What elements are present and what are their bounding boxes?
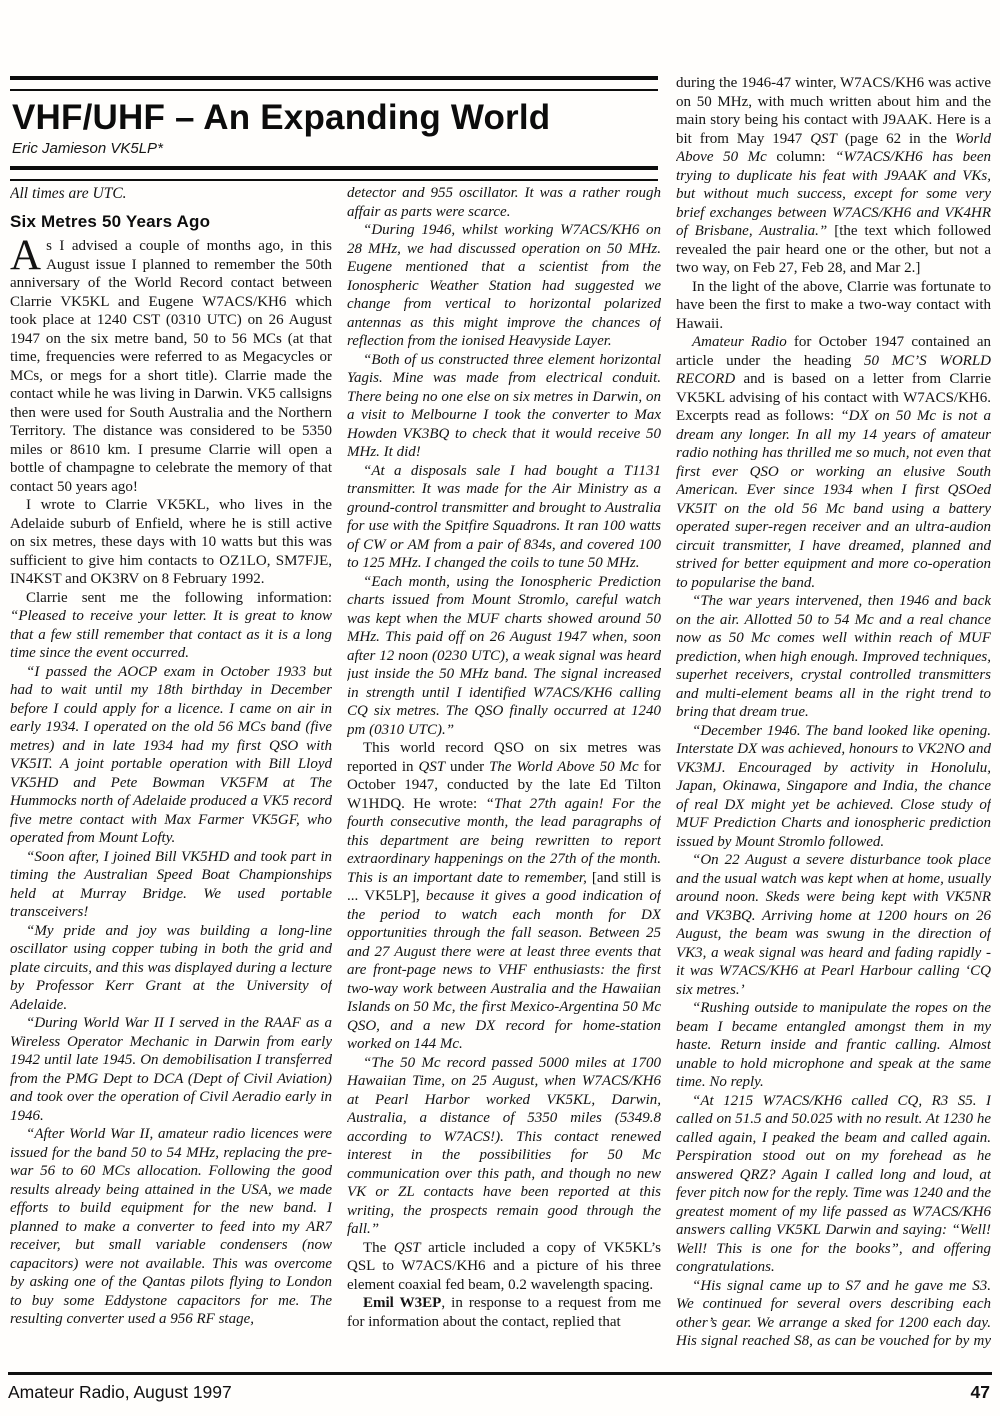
paragraph: “The war years intervened, then 1946 and… (676, 592, 991, 722)
paragraph: “During 1946, whilst working W7ACS/KH6 o… (347, 221, 661, 351)
paragraph: “Each month, using the Ionospheric Predi… (347, 573, 661, 740)
paragraph: during the 1946-47 winter, W7ACS/KH6 was… (676, 74, 991, 278)
column-2: detector and 955 oscillator. It was a ra… (347, 184, 661, 1348)
paragraph: “His signal came up to S7 and he gave me… (676, 1277, 991, 1355)
paragraph: “Both of us constructed three element ho… (347, 351, 661, 462)
magazine-page: VHF/UHF – An Expanding World Eric Jamies… (0, 0, 1000, 1416)
paragraph: detector and 955 oscillator. It was a ra… (347, 184, 661, 221)
paragraph: “My pride and joy was building a long-li… (10, 922, 332, 1015)
article-byline: Eric Jamieson VK5LP* (12, 140, 658, 157)
paragraph: “I passed the AOCP exam in October 1933 … (10, 663, 332, 848)
times-note: All times are UTC. (10, 184, 332, 203)
page-footer: Amateur Radio, August 1997 47 (8, 1382, 990, 1403)
paragraph: “At 1215 W7ACS/KH6 called CQ, R3 S5. I c… (676, 1092, 991, 1277)
paragraph: In the light of the above, Clarrie was f… (676, 278, 991, 334)
paragraph: The QST article included a copy of VK5KL… (347, 1239, 661, 1295)
paragraph: “At a disposals sale I had bought a T113… (347, 462, 661, 573)
journal-footer: Amateur Radio, August 1997 (8, 1382, 232, 1403)
paragraph: “December 1946. The band looked like ope… (676, 722, 991, 852)
article-title: VHF/UHF – An Expanding World (12, 99, 658, 137)
paragraph: “After World War II, amateur radio licen… (10, 1125, 332, 1329)
paragraph: “The 50 Mc record passed 5000 miles at 1… (347, 1054, 661, 1239)
paragraph: Clarrie sent me the following informatio… (10, 589, 332, 663)
footer-rule (8, 1372, 992, 1375)
article-masthead: VHF/UHF – An Expanding World Eric Jamies… (10, 76, 658, 181)
paragraph: Emil W3EP, in response to a request from… (347, 1294, 661, 1331)
paragraph: “Rushing outside to manipulate the ropes… (676, 999, 991, 1092)
masthead-bottom-rule (10, 166, 658, 181)
paragraph: As I advised a couple of months ago, in … (10, 237, 332, 496)
page-number: 47 (971, 1382, 990, 1403)
paragraph: This world record QSO on six metres was … (347, 739, 661, 1054)
section-heading: Six Metres 50 Years Ago (10, 212, 332, 232)
column-3: during the 1946-47 winter, W7ACS/KH6 was… (676, 74, 991, 1354)
paragraph: I wrote to Clarrie VK5KL, who lives in t… (10, 496, 332, 589)
masthead-top-rule (10, 76, 658, 91)
paragraph: Amateur Radio for October 1947 contained… (676, 333, 991, 592)
drop-cap: A (10, 237, 46, 272)
paragraph: “During World War II I served in the RAA… (10, 1014, 332, 1125)
paragraph: “Soon after, I joined Bill VK5HD and too… (10, 848, 332, 922)
paragraph: “On 22 August a severe disturbance took … (676, 851, 991, 999)
column-1: All times are UTC.Six Metres 50 Years Ag… (10, 184, 332, 1348)
